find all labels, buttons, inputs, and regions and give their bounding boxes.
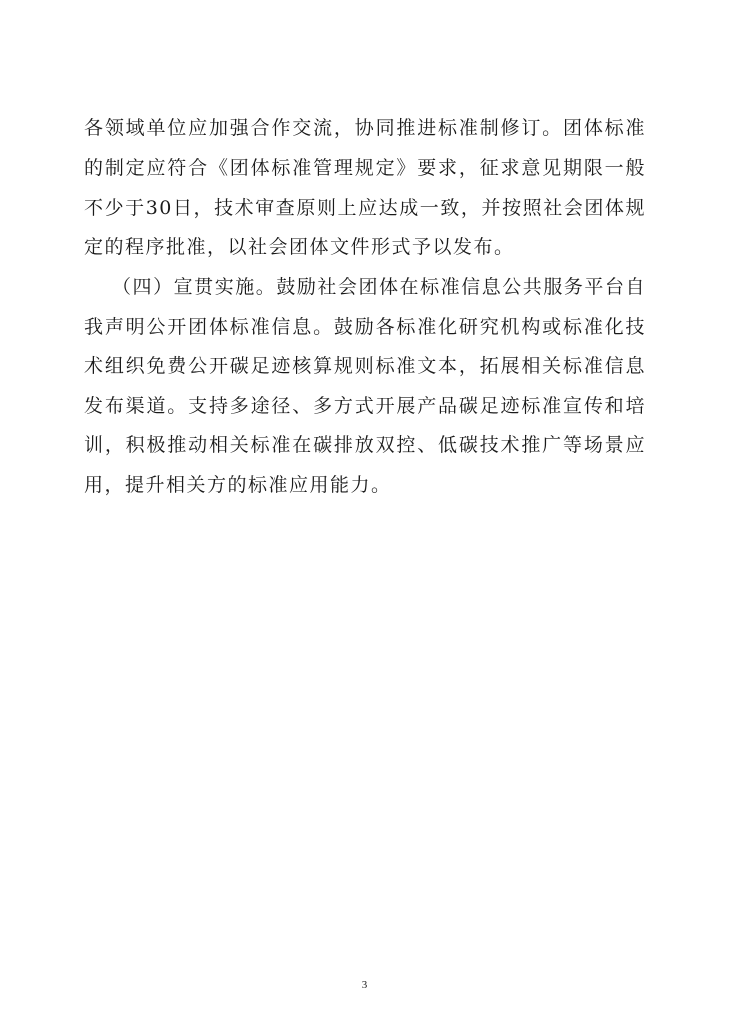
text-line: 术组织免费公开碳足迹核算规则标准文本，拓展相关标准信息 — [84, 355, 646, 377]
text-line: 用，提升相关方的标准应用能力。 — [84, 474, 646, 496]
text-line: 不少于30日，技术审查原则上应达成一致，并按照社会团体规 — [84, 197, 646, 219]
text-line: 各领域单位应加强合作交流，协同推进标准制修订。团体标准 — [84, 117, 646, 139]
text-line: 我声明公开团体标准信息。鼓励各标准化研究机构或标准化技 — [84, 316, 646, 338]
section-heading-line: （四）宣贯实施。鼓励社会团体在标准信息公共服务平台自 — [112, 276, 646, 298]
document-page: 各领域单位应加强合作交流，协同推进标准制修订。团体标准 的制定应符合《团体标准管… — [0, 0, 729, 1011]
page-number: 3 — [0, 979, 729, 991]
text-line: 定的程序批准，以社会团体文件形式予以发布。 — [84, 236, 646, 258]
text-line: 发布渠道。支持多途径、多方式开展产品碳足迹标准宣传和培 — [84, 395, 646, 417]
text-line: 训，积极推动相关标准在碳排放双控、低碳技术推广等场景应 — [84, 434, 646, 456]
text-line: 的制定应符合《团体标准管理规定》要求，征求意见期限一般 — [84, 157, 646, 179]
